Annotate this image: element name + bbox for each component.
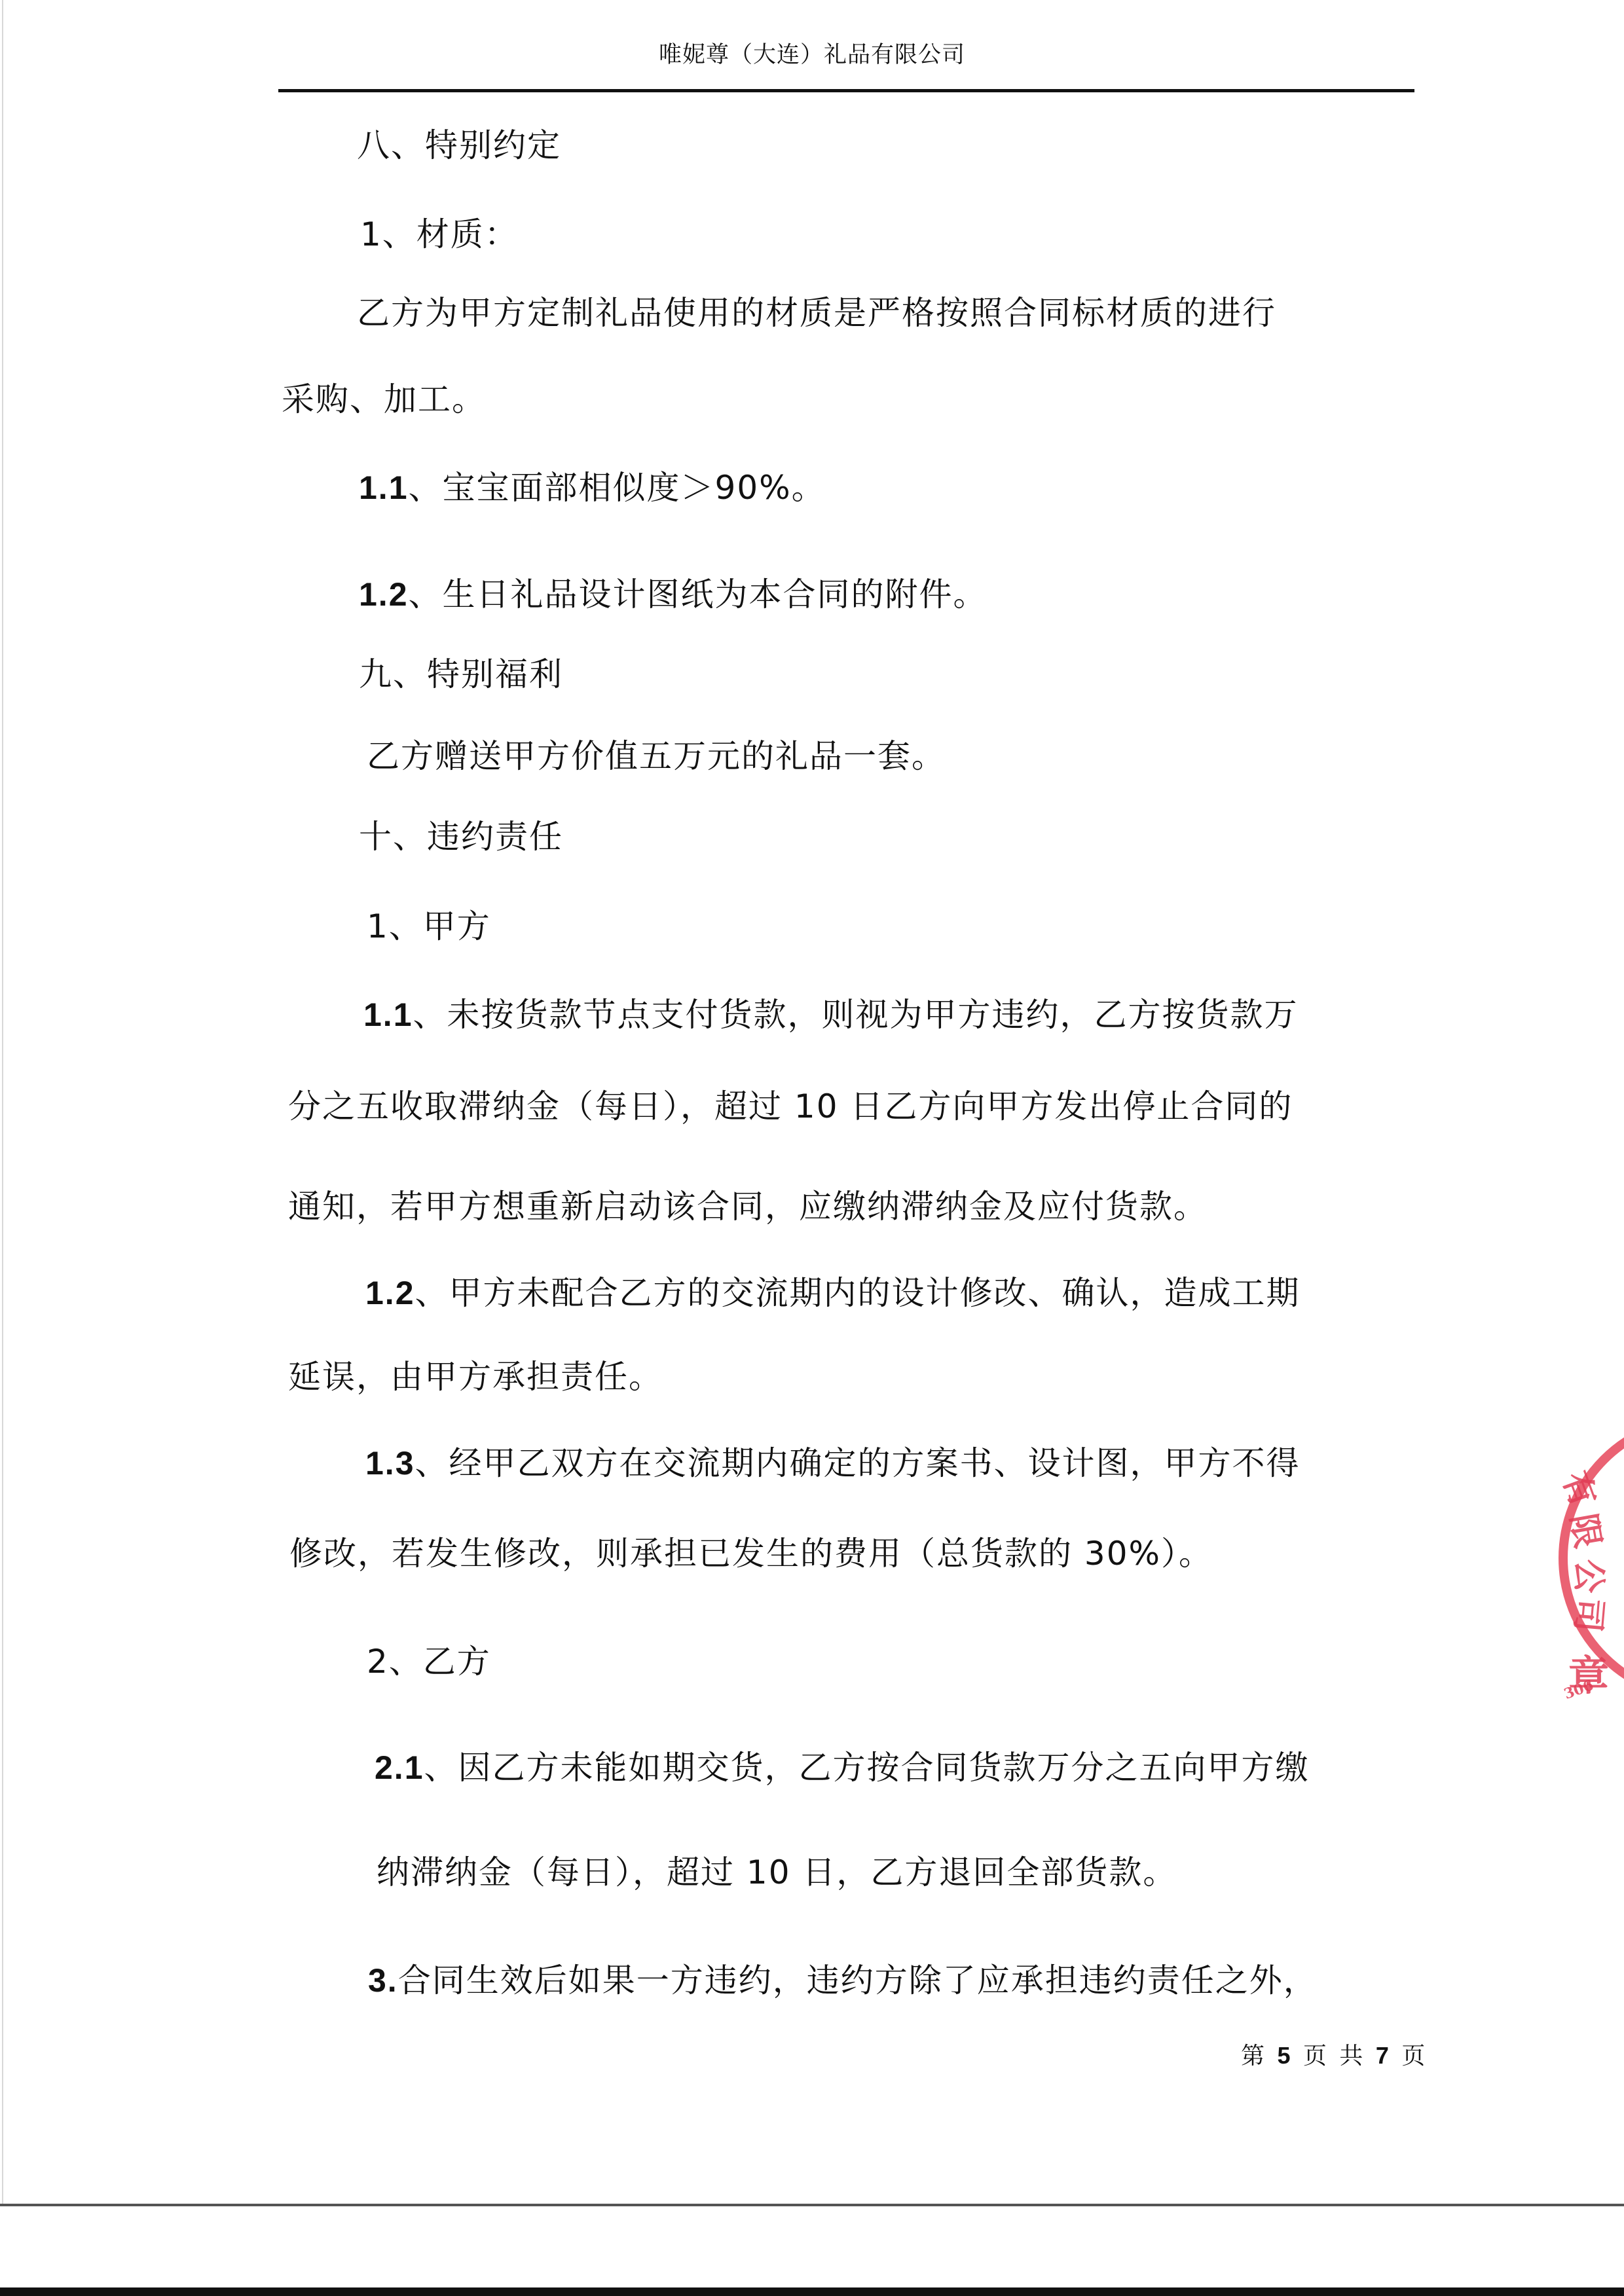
section-8-item-1-paragraph-line-1: 乙方为甲方定制礼品使用的材质是严格按照合同标材质的进行 [357, 293, 1276, 333]
section-8-item-1-heading: 1、材质： [360, 215, 519, 254]
header-divider [278, 89, 1414, 92]
section-10-1-3-line-2: 修改，若发生修改，则承担已发生的费用（总货款的 30%）。 [289, 1534, 1213, 1573]
total-page-count: 7 [1376, 2042, 1389, 2069]
section-10-1-1-line-1: 1.1、未按货款节点支付货款，则视为甲方违约，乙方按货款万 [363, 995, 1299, 1034]
section-10-heading: 十、违约责任 [359, 817, 563, 856]
section-10-1-1-line-2: 分之五收取滞纳金（每日），超过 10 日乙方向甲方发出停止合同的 [288, 1087, 1293, 1126]
section-8-item-1-paragraph-line-2: 采购、加工。 [282, 380, 486, 419]
section-8-item-1-2: 1.2、生日礼品设计图纸为本合同的附件。 [359, 575, 987, 614]
clause-number: 2.1 [375, 1749, 424, 1786]
clause-number: 1.2 [359, 576, 409, 613]
current-page-number: 5 [1277, 2042, 1290, 2069]
clause-number: 1.3 [365, 1445, 415, 1482]
clause-text: 合同生效后如果一方违约，违约方除了应承担违约责任之外， [398, 1961, 1318, 1999]
clause-number: 1.1 [363, 996, 413, 1033]
page-left-edge [2, 0, 3, 2206]
clause-text: 、甲方未配合乙方的交流期内的设计修改、确认，造成工期 [415, 1274, 1301, 1312]
page-number-footer: 第 5 页 共 7 页 [1241, 2037, 1425, 2071]
section-10-party-a-heading: 1、甲方 [367, 907, 491, 946]
scan-page-bottom-edge [0, 2204, 1624, 2206]
clause-number: 1.2 [365, 1275, 415, 1311]
clause-number: 3. [368, 1962, 398, 1999]
section-8-item-1-1: 1.1、宝宝面部相似度＞90%。 [359, 468, 826, 507]
clause-text: 、未按货款节点支付货款，则视为甲方违约，乙方按货款万 [413, 996, 1299, 1034]
section-10-2-1-line-1: 2.1、因乙方未能如期交货，乙方按合同货款万分之五向甲方缴 [375, 1748, 1310, 1787]
stamp-char: 公 [1568, 1559, 1617, 1593]
section-8-heading: 八、特别约定 [357, 126, 561, 165]
section-9-heading: 九、特别福利 [359, 655, 563, 694]
clause-number: 1.1 [359, 469, 409, 506]
section-10-1-2-line-1: 1.2、甲方未配合乙方的交流期内的设计修改、确认，造成工期 [365, 1273, 1301, 1313]
footer-mid: 页 共 [1303, 2043, 1363, 2069]
clause-text: 、因乙方未能如期交货，乙方按合同货款万分之五向甲方缴 [424, 1749, 1310, 1787]
footer-suffix: 页 [1401, 2043, 1425, 2069]
clause-text: 、生日礼品设计图纸为本合同的附件。 [409, 575, 987, 613]
section-9-text: 乙方赠送甲方价值五万元的礼品一套。 [367, 737, 946, 776]
scan-border-band [0, 2287, 1624, 2296]
section-10-party-b-heading: 2、乙方 [367, 1642, 491, 1681]
header-company-name: 唯妮尊（大连）礼品有限公司 [0, 37, 1624, 69]
footer-prefix: 第 [1241, 2043, 1264, 2069]
section-10-1-2-line-2: 延误，由甲方承担责任。 [288, 1357, 663, 1396]
clause-text: 、宝宝面部相似度＞90%。 [409, 469, 826, 507]
stamp-char: 司 [1566, 1596, 1617, 1634]
section-10-1-3-line-1: 1.3、经甲乙双方在交流期内确定的方案书、设计图，甲方不得 [365, 1444, 1301, 1483]
section-10-1-1-line-3: 通知，若甲方想重新启动该合同，应缴纳滞纳金及应付货款。 [288, 1187, 1208, 1226]
clause-text: 、经甲乙双方在交流期内确定的方案书、设计图，甲方不得 [415, 1444, 1301, 1482]
section-10-2-1-line-2: 纳滞纳金（每日），超过 10 日，乙方退回全部货款。 [377, 1853, 1177, 1892]
section-10-3-line-1: 3.合同生效后如果一方违约，违约方除了应承担违约责任之外， [368, 1961, 1318, 2000]
